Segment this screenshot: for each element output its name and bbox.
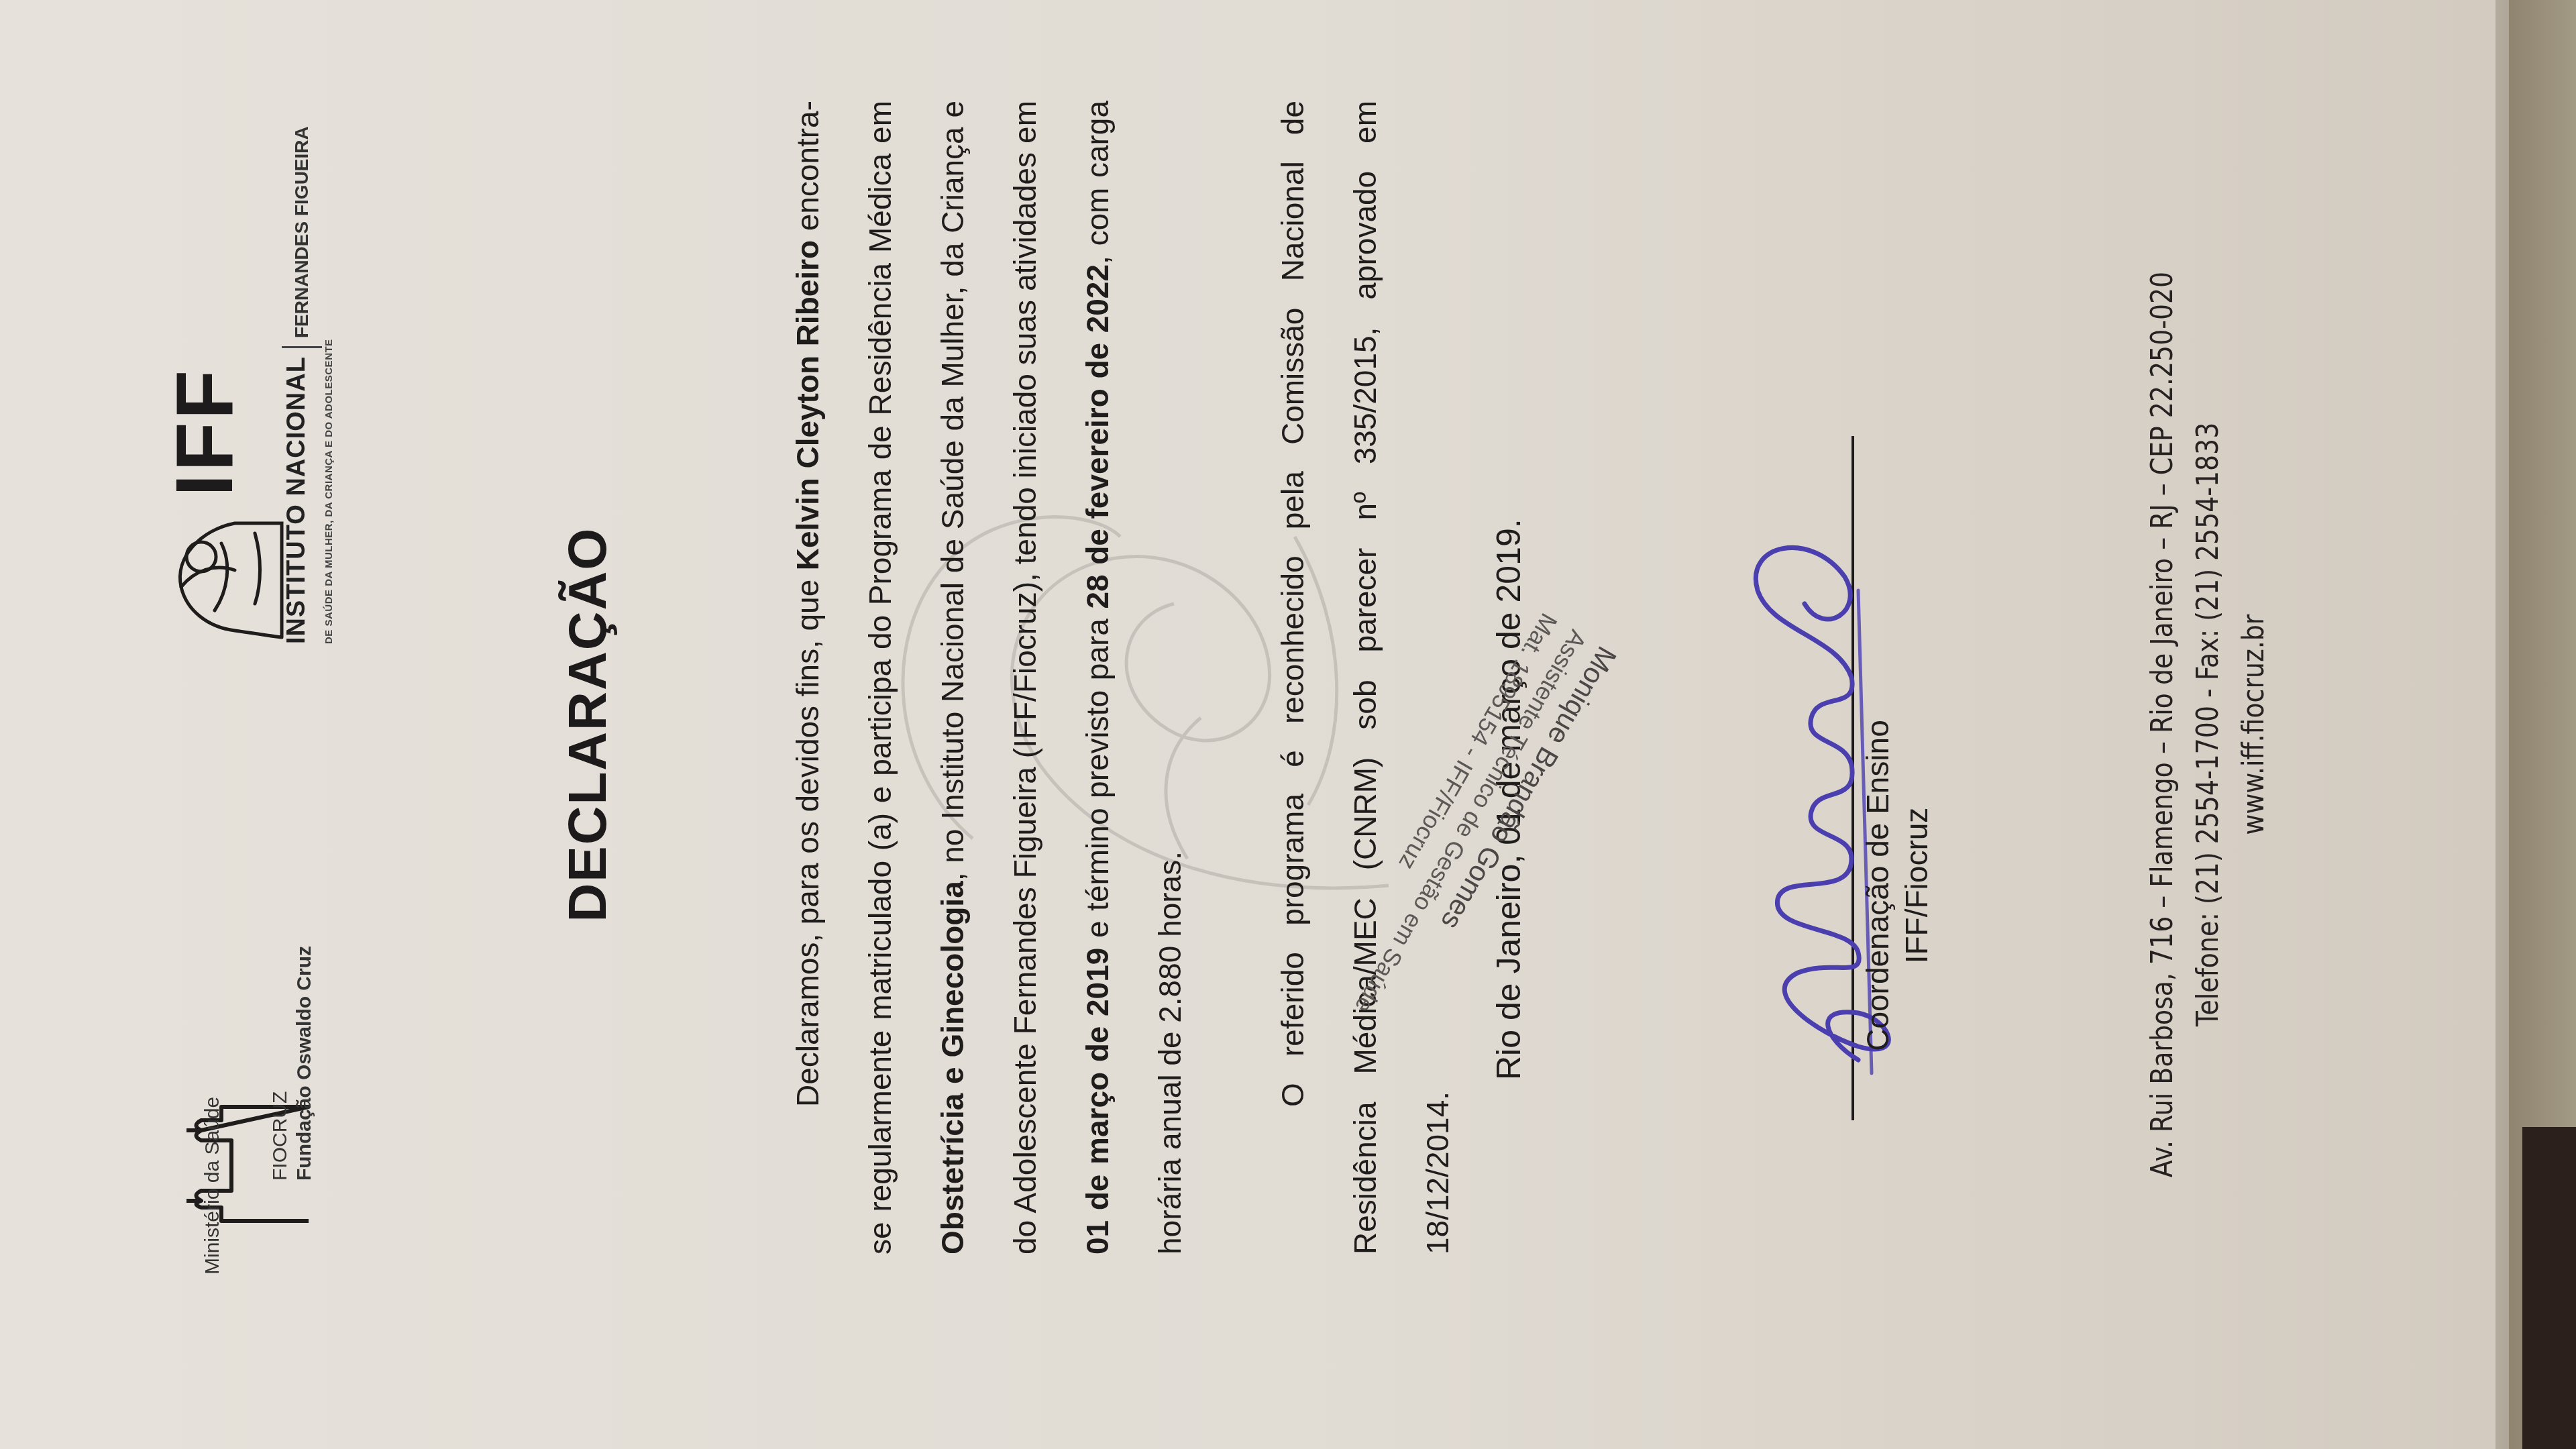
- fiocruz-label: FIOCRUZ Fundação Oswaldo Cruz: [268, 946, 317, 1181]
- declaration-page: Ministério da Saúde FIOCRUZ Fundação Osw…: [0, 0, 2495, 1449]
- footer-website: www.iff.fiocruz.br: [2231, 101, 2277, 1348]
- start-date: 01 de março de 2019: [1080, 948, 1115, 1254]
- iff-divider: [282, 346, 322, 348]
- p1-intro: Declaramos, para os devidos fins, que: [790, 570, 825, 1107]
- iff-mother-child-icon: [154, 517, 288, 651]
- iff-acronym: IFF: [168, 368, 241, 496]
- background-table: [2522, 1127, 2576, 1449]
- iff-subtitle: DE SAÚDE DA MULHER, DA CRIANÇA E DO ADOL…: [323, 107, 335, 644]
- paragraph-recognition: O referido programa é reconhecido pela C…: [1256, 101, 1474, 1254]
- end-date: 28 de fevereiro de 2022: [1080, 264, 1115, 609]
- role-line-1: Coordenação de Ensino: [1858, 718, 1897, 1053]
- p1-mid3: e término previsto para: [1080, 609, 1115, 948]
- fiocruz-short: FIOCRUZ: [268, 946, 292, 1181]
- declaration-body: Declaramos, para os devidos fins, que Ke…: [771, 101, 1524, 1254]
- page-footer: Av. Rui Barbosa, 716 – Flamengo – Rio de…: [2140, 101, 2277, 1348]
- iff-institute-name: INSTITUTO NACIONALFERNANDES FIGUEIRA DE …: [282, 107, 335, 644]
- signatory-role: Coordenação de Ensino IFF/Fiocruz: [1858, 718, 1936, 1053]
- iff-name-label: FERNANDES FIGUEIRA: [291, 126, 313, 338]
- fiocruz-full: Fundação Oswaldo Cruz: [292, 946, 317, 1181]
- footer-address: Av. Rui Barbosa, 716 – Flamengo – Rio de…: [2140, 101, 2186, 1348]
- footer-phone: Telefone: (21) 2554-1700 - Fax: (21) 255…: [2186, 101, 2231, 1348]
- student-name: Kelvin Cleyton Ribeiro: [790, 240, 825, 570]
- iff-acronym-text: IFF: [168, 368, 241, 496]
- document-title: DECLARAÇÃO: [557, 0, 619, 1449]
- iff-institute-label: INSTITUTO NACIONAL: [282, 356, 311, 644]
- paragraph-enrollment: Declaramos, para os devidos fins, que Ke…: [771, 101, 1206, 1254]
- role-line-2: IFF/Fiocruz: [1897, 718, 1936, 1053]
- program-name: Obstetrícia e Ginecologia: [935, 881, 970, 1254]
- ministry-label: Ministério da Saúde: [201, 1097, 224, 1275]
